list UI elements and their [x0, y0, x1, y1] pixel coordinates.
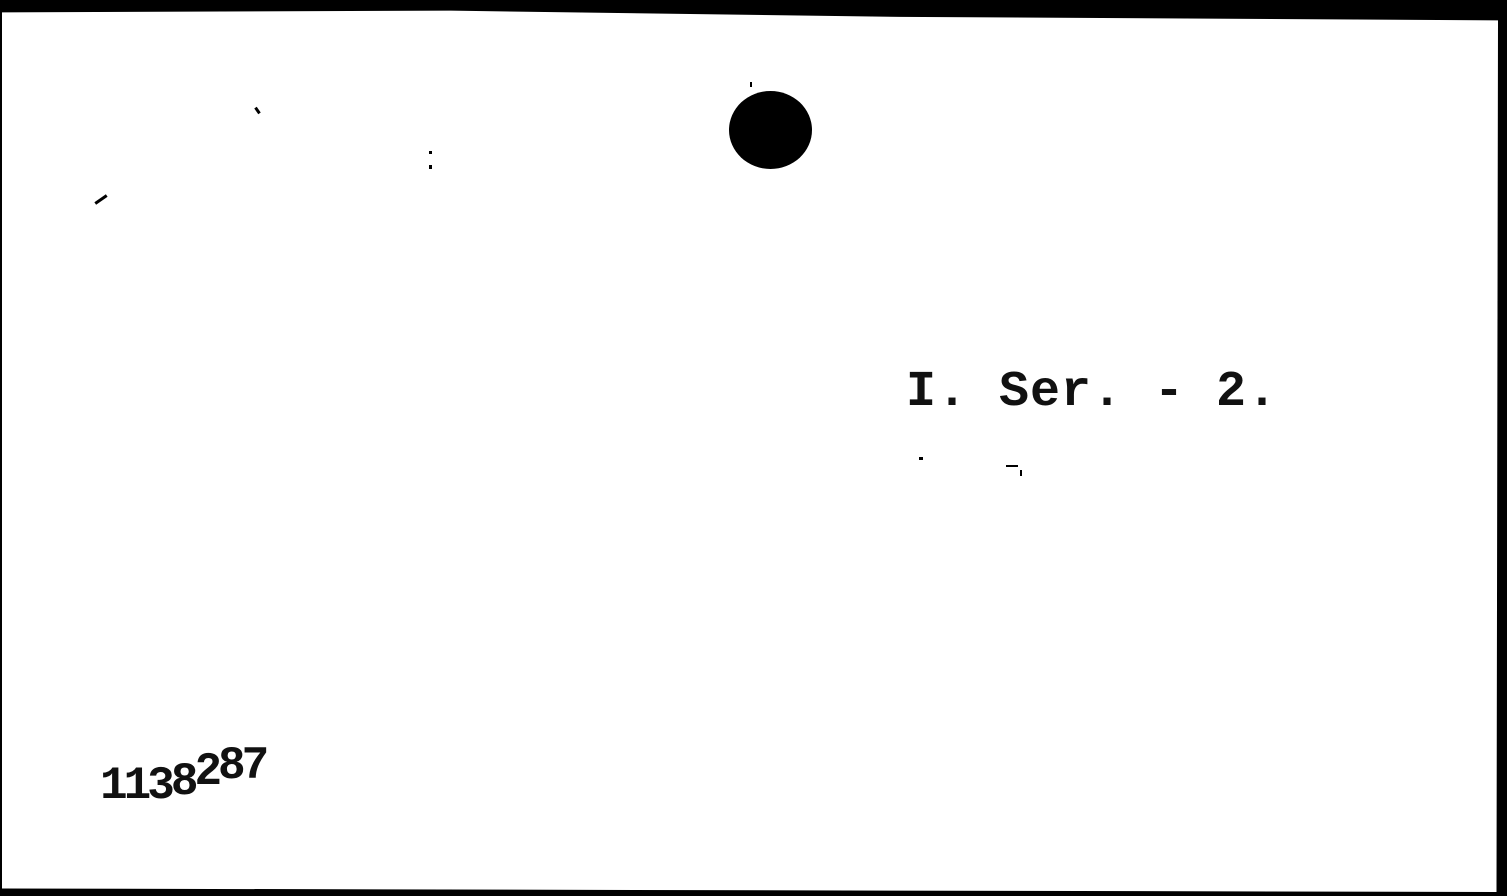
accession-digit: 1 [124, 760, 148, 812]
accession-digit: 8 [171, 756, 195, 808]
ink-speck [919, 457, 923, 460]
ink-speck [429, 151, 432, 154]
accession-digit: 2 [194, 746, 218, 798]
index-card: I. Ser. - 2. 1138287 [2, 8, 1498, 892]
accession-number: 1138287 [100, 752, 265, 804]
ink-speck [429, 165, 432, 169]
ink-speck [1006, 465, 1018, 467]
ink-speck [1020, 470, 1022, 476]
series-label: I. Ser. - 2. [906, 364, 1278, 421]
ink-speck [94, 194, 107, 204]
accession-digit: 3 [147, 760, 171, 812]
accession-digit: 7 [242, 740, 266, 792]
punch-hole [729, 91, 812, 169]
accession-digit: 1 [100, 760, 124, 812]
accession-digit: 8 [218, 740, 242, 792]
scanned-card-image: I. Ser. - 2. 1138287 [0, 0, 1507, 896]
ink-speck [254, 107, 260, 114]
ink-speck [750, 82, 752, 87]
